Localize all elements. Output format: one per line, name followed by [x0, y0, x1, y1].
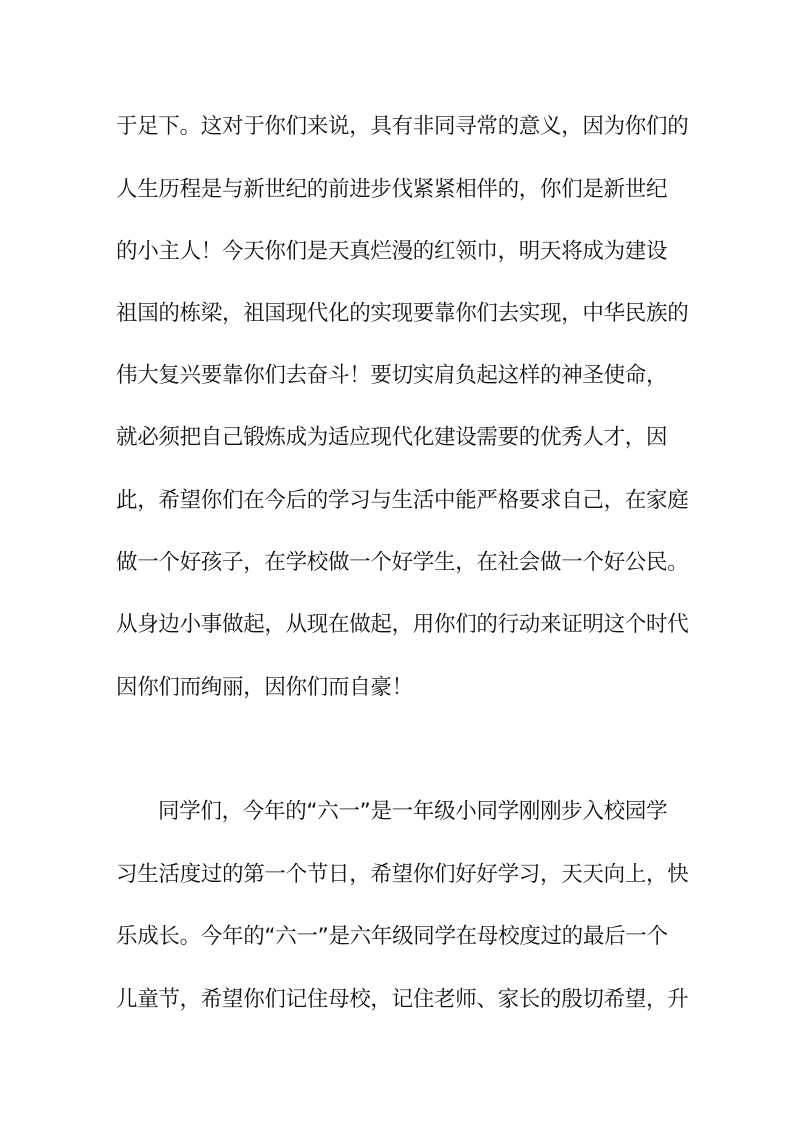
text-line: 于足下。这对于你们来说，具有非同寻常的意义，因为你们的 [116, 112, 678, 142]
text-line: 人生历程是与新世纪的前进步伐紧紧相伴的，你们是新世纪 [116, 175, 678, 205]
text-line: 儿童节，希望你们记住母校，记住老师、家长的殷切希望，升 [116, 985, 678, 1015]
text-line: 祖国的栋梁，祖国现代化的实现要靠你们去实现，中华民族的 [116, 299, 678, 329]
text-line: 因你们而绚丽，因你们而自豪！ [116, 673, 678, 703]
text-line: 同学们，今年的“六一”是一年级小同学刚刚步入校园学 [158, 797, 678, 827]
text-line: 从身边小事做起，从现在做起，用你们的行动来证明这个时代 [116, 610, 678, 640]
text-line: 此，希望你们在今后的学习与生活中能严格要求自己，在家庭 [116, 486, 678, 516]
text-line: 乐成长。今年的“六一”是六年级同学在母校度过的最后一个 [116, 922, 678, 952]
text-line: 做一个好孩子，在学校做一个好学生，在社会做一个好公民。 [116, 548, 678, 578]
text-line: 习生活度过的第一个节日，希望你们好好学习，天天向上，快 [116, 860, 678, 890]
text-line: 的小主人！今天你们是天真烂漫的红领巾，明天将成为建设 [116, 237, 678, 267]
text-line: 伟大复兴要靠你们去奋斗！要切实肩负起这样的神圣使命， [116, 361, 678, 391]
text-line: 就必须把自己锻炼成为适应现代化建设需要的优秀人才，因 [116, 423, 678, 453]
document-page: 于足下。这对于你们来说，具有非同寻常的意义，因为你们的 人生历程是与新世纪的前进… [0, 0, 793, 1122]
